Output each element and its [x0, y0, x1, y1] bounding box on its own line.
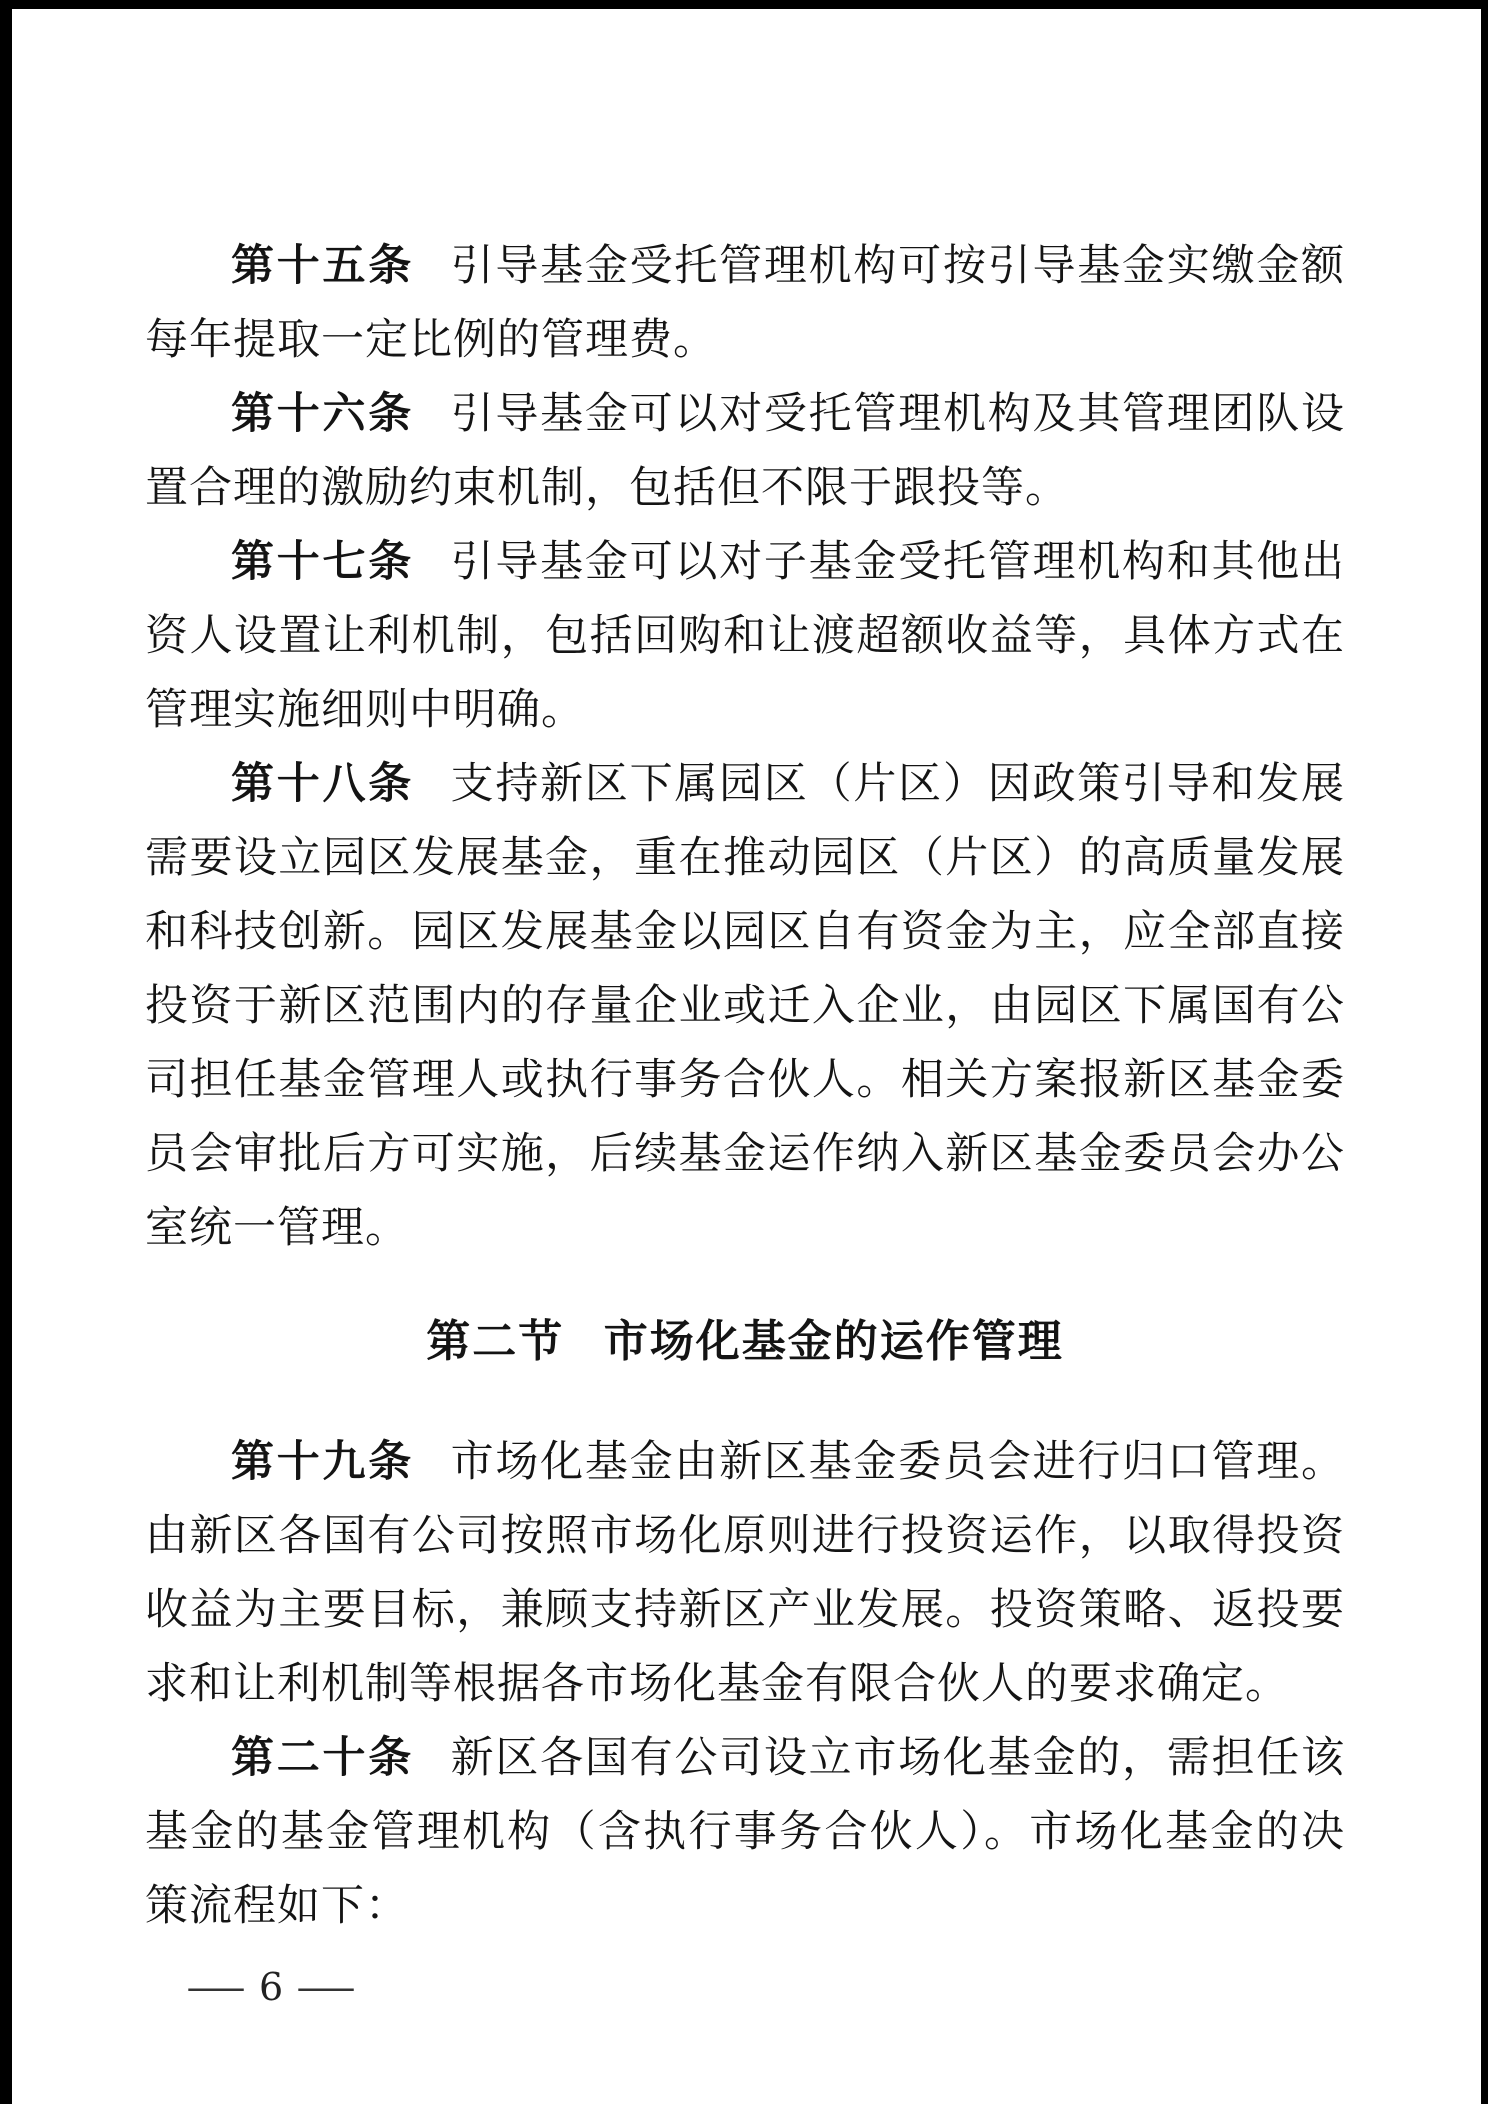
section-number: 第二节	[426, 1316, 564, 1367]
section-heading: 第二节市场化基金的运作管理	[145, 1305, 1345, 1379]
article-paragraph-19: 第十九条市场化基金由新区基金委员会进行归口管理。由新区各国有公司按照市场化原则进…	[145, 1425, 1345, 1721]
document-page: 第十五条引导基金受托管理机构可按引导基金实缴金额每年提取一定比例的管理费。 第十…	[0, 0, 1488, 2104]
article-paragraph-17: 第十七条引导基金可以对子基金受托管理机构和其他出资人设置让利机制，包括回购和让渡…	[145, 525, 1345, 747]
article-number: 第十六条	[231, 389, 414, 439]
article-number: 第十五条	[231, 241, 414, 291]
article-paragraph-15: 第十五条引导基金受托管理机构可按引导基金实缴金额每年提取一定比例的管理费。	[145, 229, 1345, 377]
article-paragraph-16: 第十六条引导基金可以对受托管理机构及其管理团队设置合理的激励约束机制，包括但不限…	[145, 377, 1345, 525]
page-number-right-dash: —	[296, 1957, 357, 2017]
article-number: 第十八条	[231, 759, 414, 809]
page-footer: — 6 —	[197, 1957, 1345, 2017]
article-paragraph-20: 第二十条新区各国有公司设立市场化基金的，需担任该基金的基金管理机构（含执行事务合…	[145, 1721, 1345, 1943]
article-paragraph-18: 第十八条支持新区下属园区（片区）因政策引导和发展需要设立园区发展基金，重在推动园…	[145, 747, 1345, 1265]
page-number-left-dash: —	[186, 1957, 247, 2017]
document-body: 第十五条引导基金受托管理机构可按引导基金实缴金额每年提取一定比例的管理费。 第十…	[12, 9, 1481, 2017]
article-text: 支持新区下属园区（片区）因政策引导和发展需要设立园区发展基金，重在推动园区（片区…	[145, 759, 1345, 1253]
article-number: 第十九条	[231, 1437, 414, 1487]
article-number: 第十七条	[231, 537, 414, 587]
section-title: 市场化基金的运作管理	[604, 1316, 1064, 1367]
page-number: 6	[259, 1957, 283, 2017]
scan-background: { "page": { "background_color": "#ffffff…	[0, 0, 1488, 2104]
article-number: 第二十条	[231, 1733, 414, 1783]
